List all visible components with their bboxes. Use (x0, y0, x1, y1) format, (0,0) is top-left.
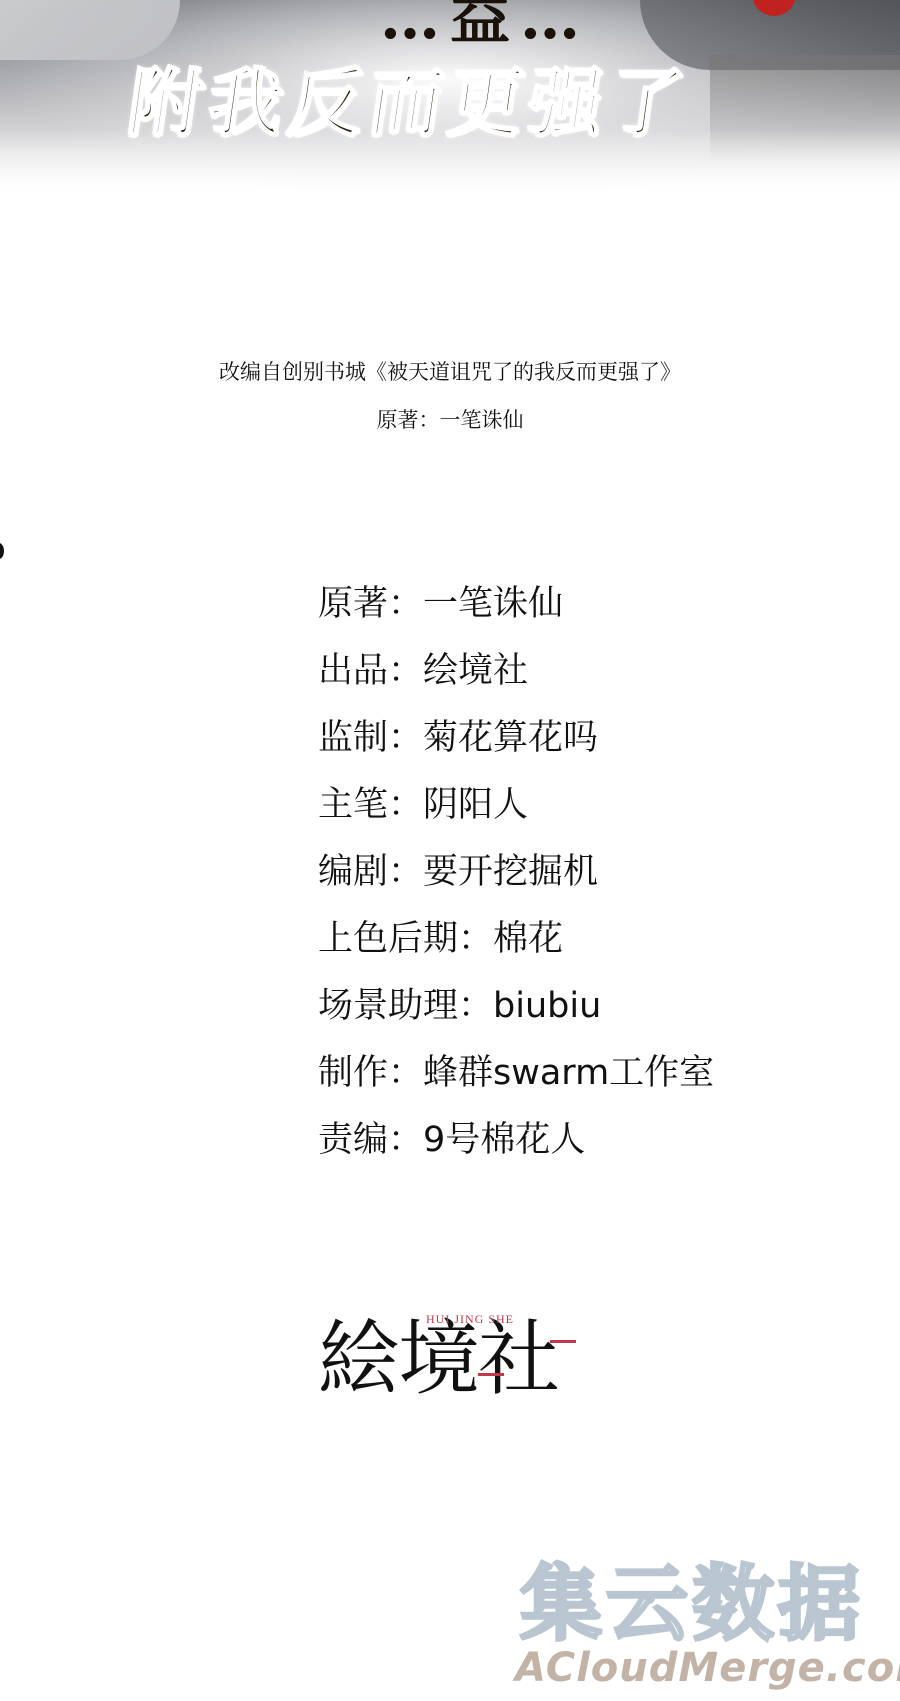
credit-supervisor: 监制：菊花算花吗 (318, 716, 714, 783)
credit-scene-assistant: 场景助理：biubiu (318, 984, 714, 1051)
credit-editor: 责编：9号棉花人 (318, 1118, 714, 1185)
credits-list: 原著：一笔诛仙 出品：绘境社 监制：菊花算花吗 主笔：阴阳人 编剧：要开挖掘机 … (318, 582, 714, 1185)
title-banner: …益… 附我反而更强了 (0, 0, 900, 200)
adaptation-line: 改编自创别书城《被天道诅咒了的我反而更强了》 (0, 356, 900, 386)
credit-screenwriter: 编剧：要开挖掘机 (318, 850, 714, 917)
original-author-line: 原著：一笔诛仙 (0, 404, 900, 434)
banner-fade (0, 130, 900, 200)
credit-production: 制作：蜂群swarm工作室 (318, 1051, 714, 1118)
credit-original-author: 原著：一笔诛仙 (318, 582, 714, 649)
credit-publisher: 出品：绘境社 (318, 649, 714, 716)
watermark-chinese: 集云数据 (520, 1555, 864, 1655)
logo-accent-stroke (478, 1373, 504, 1376)
edge-mark (0, 543, 4, 559)
credit-coloring: 上色后期：棉花 (318, 917, 714, 984)
watermark: 集云数据 ACloudMerge.com (510, 1555, 900, 1695)
credit-lead-artist: 主笔：阴阳人 (318, 783, 714, 850)
logo-accent-stroke (550, 1340, 576, 1343)
watermark-english: ACloudMerge.com (515, 1645, 900, 1691)
huijingshe-logo: 絵境社 HUI JING SHE (318, 1290, 578, 1420)
logo-pinyin: HUI JING SHE (426, 1312, 514, 1327)
